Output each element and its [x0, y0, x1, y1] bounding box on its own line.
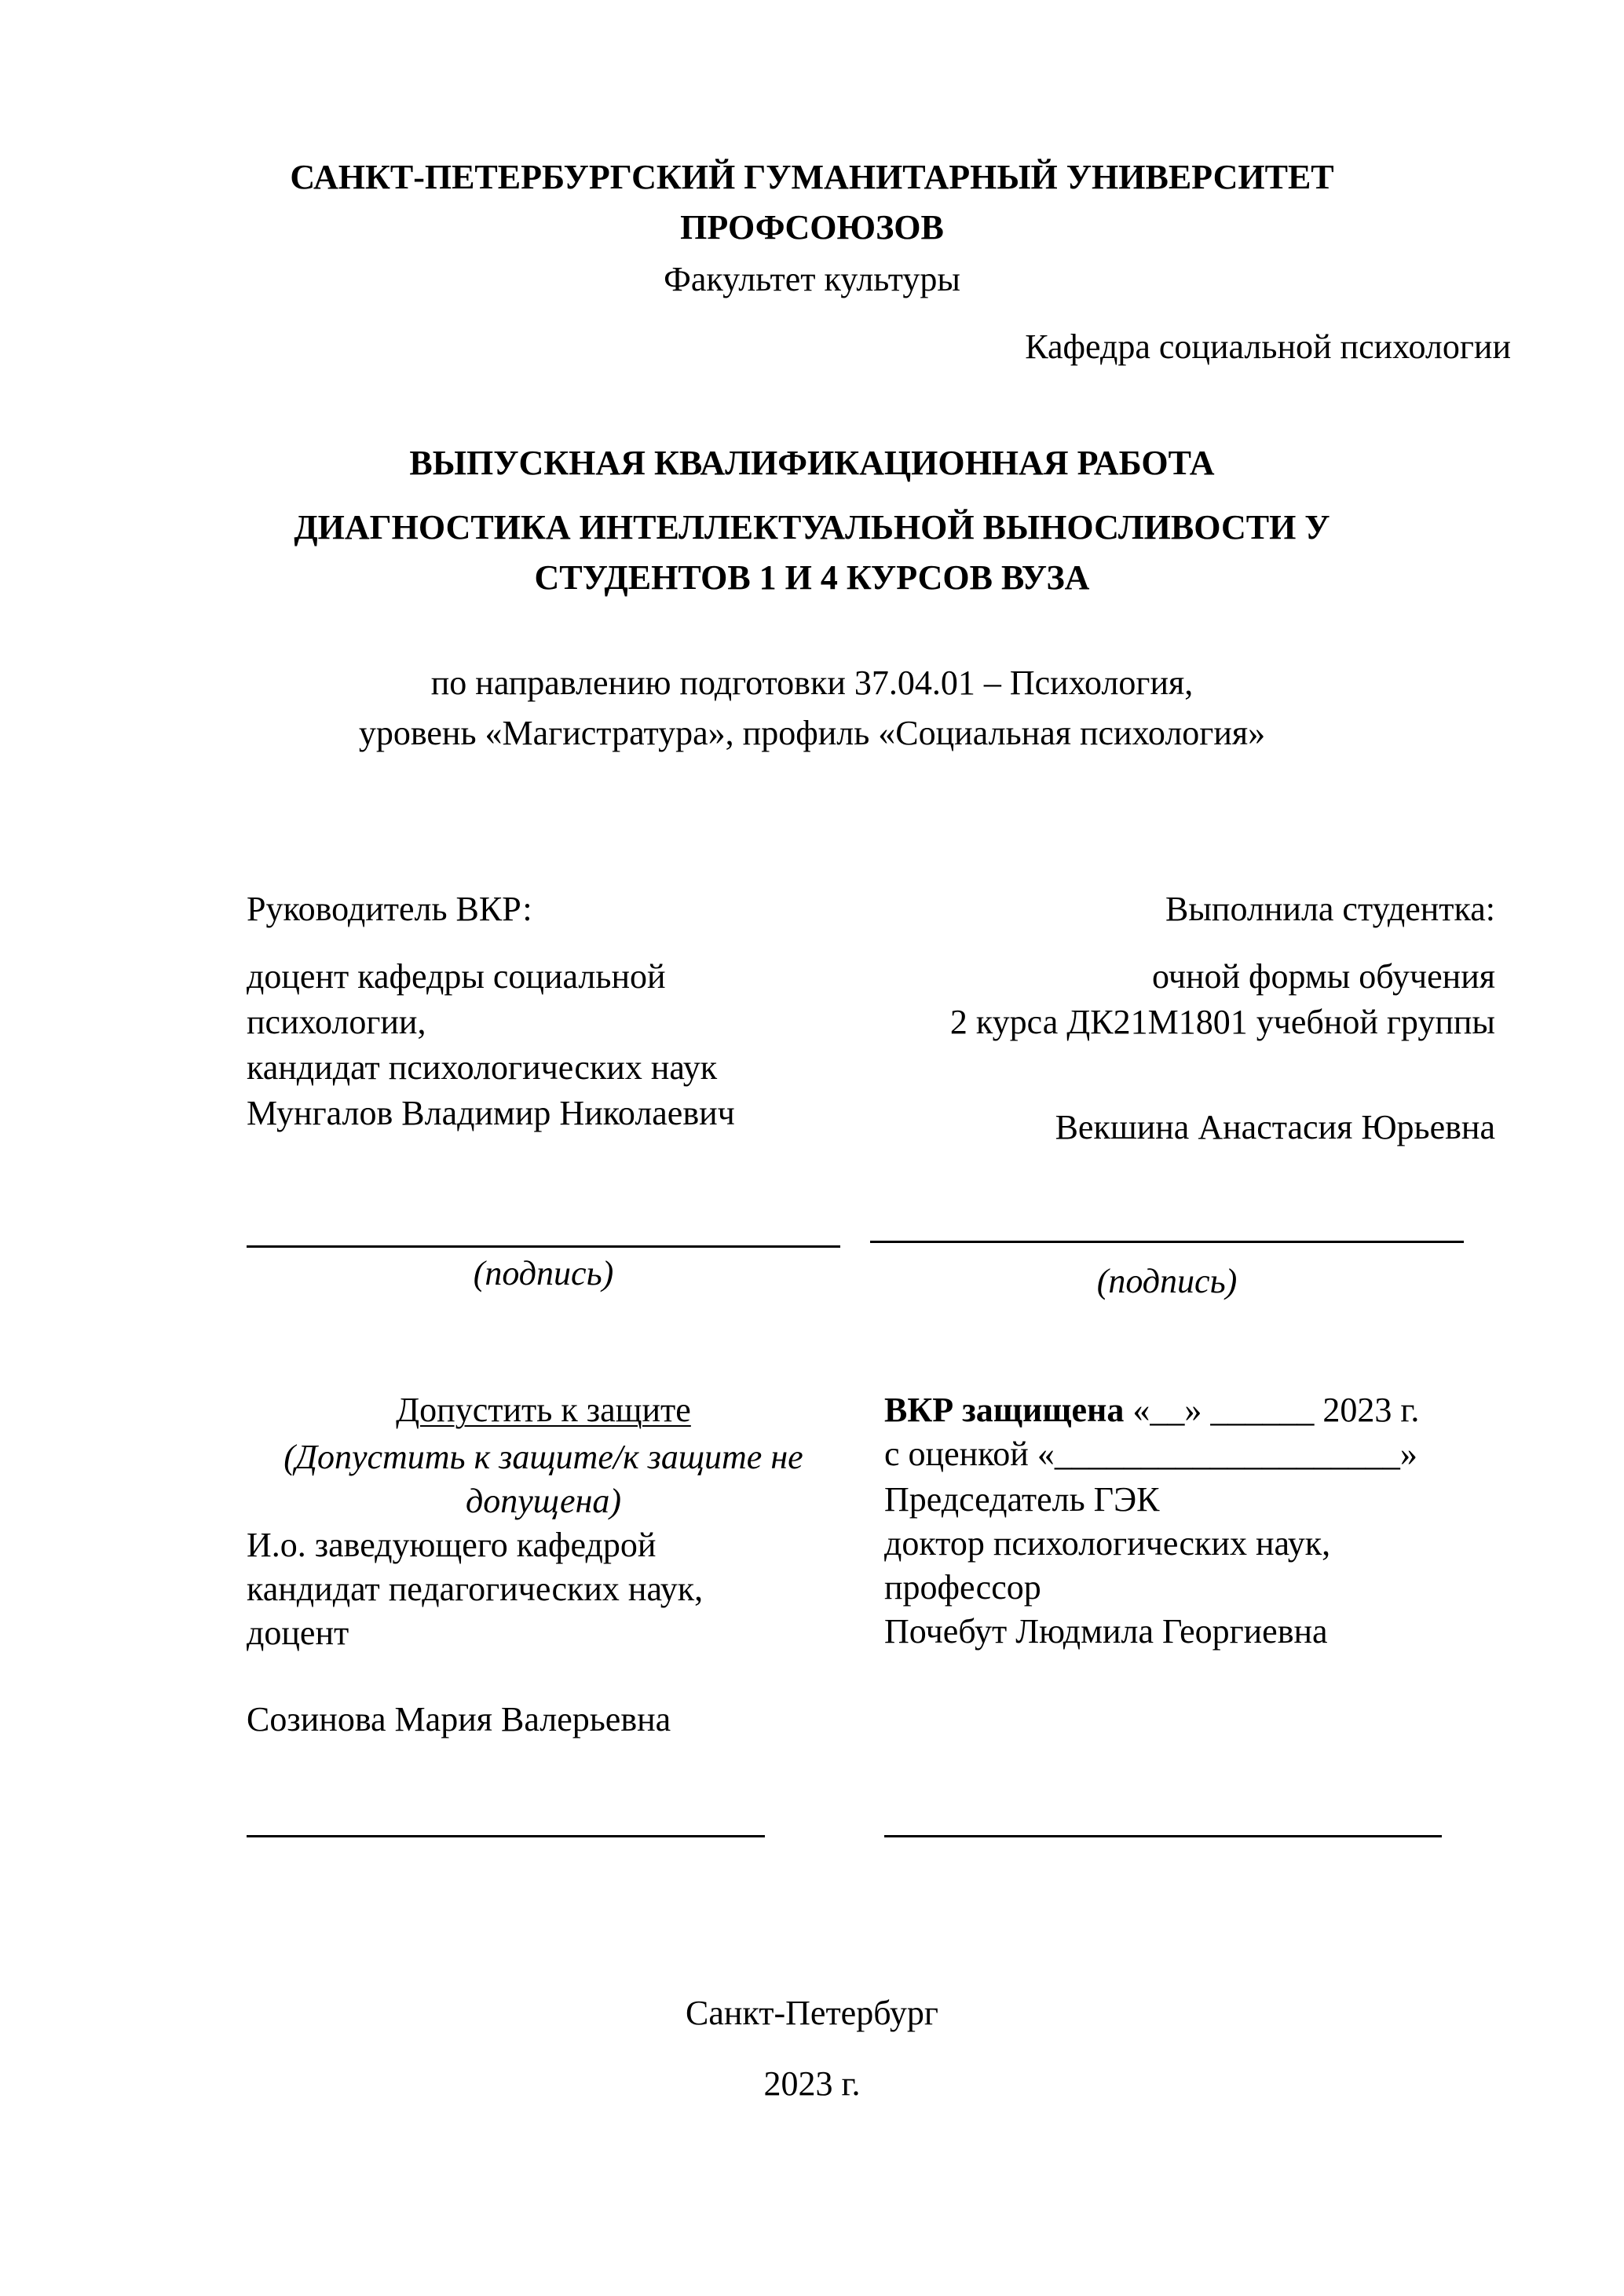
admission-options-line2: допущена) [247, 1484, 840, 1519]
student-signature-line [870, 1241, 1464, 1243]
student-name: Векшина Анастасия Юрьевна [1055, 1110, 1495, 1145]
supervisor-label: Руководитель ВКР: [247, 892, 532, 927]
supervisor-signature-line [247, 1245, 840, 1248]
student-group: 2 курса ДК21М1801 учебной группы [950, 1005, 1495, 1040]
university-name-line2: ПРОФСОЮЗОВ [0, 210, 1624, 245]
university-name-line1: САНКТ-ПЕТЕРБУРГСКИЙ ГУМАНИТАРНЫЙ УНИВЕРС… [0, 160, 1624, 195]
defense-date-blank: «__» ______ 2023 г. [1124, 1391, 1419, 1429]
work-type: ВЫПУСКНАЯ КВАЛИФИКАЦИОННАЯ РАБОТА [0, 446, 1624, 481]
supervisor-signature-caption: (подпись) [247, 1256, 840, 1291]
admission-decision: Допустить к защите [247, 1393, 840, 1428]
defense-status-label: ВКР защищена [884, 1391, 1124, 1429]
head-degree: кандидат педагогических наук, [247, 1572, 703, 1607]
defense-grade: с оценкой «____________________» [884, 1437, 1417, 1472]
supervisor-position-line2: психологии, [247, 1005, 426, 1040]
head-rank: доцент [247, 1616, 349, 1651]
chair-degree: доктор психологических наук, [884, 1526, 1330, 1561]
head-signature-line [247, 1835, 765, 1837]
student-signature-caption: (подпись) [870, 1264, 1464, 1299]
faculty: Факультет культуры [0, 262, 1624, 297]
supervisor-degree: кандидат психологических наук [247, 1051, 717, 1085]
head-name: Созинова Мария Валерьевна [247, 1702, 671, 1737]
topic-line1: ДИАГНОСТИКА ИНТЕЛЛЕКТУАЛЬНОЙ ВЫНОСЛИВОСТ… [0, 510, 1624, 545]
direction-line1: по направлению подготовки 37.04.01 – Пси… [0, 666, 1624, 700]
admission-options-line1: (Допустить к защите/к защите не [247, 1440, 840, 1475]
supervisor-name: Мунгалов Владимир Николаевич [247, 1096, 735, 1131]
chair-signature-line [884, 1835, 1442, 1837]
topic-line2: СТУДЕНТОВ 1 И 4 КУРСОВ ВУЗА [0, 561, 1624, 595]
chair-rank: профессор [884, 1570, 1041, 1605]
supervisor-position-line1: доцент кафедры социальной [247, 960, 666, 994]
city: Санкт-Петербург [0, 1996, 1624, 2031]
chair-name: Почебут Людмила Георгиевна [884, 1614, 1328, 1649]
direction-line2: уровень «Магистратура», профиль «Социаль… [0, 716, 1624, 751]
student-study-form: очной формы обучения [1152, 960, 1495, 994]
student-label: Выполнила студентка: [1165, 892, 1495, 927]
year: 2023 г. [0, 2067, 1624, 2101]
chair-title: Председатель ГЭК [884, 1483, 1160, 1517]
department: Кафедра социальной психологии [1025, 330, 1511, 364]
defense-status: ВКР защищена «__» ______ 2023 г. [884, 1393, 1419, 1428]
head-title: И.о. заведующего кафедрой [247, 1528, 656, 1563]
